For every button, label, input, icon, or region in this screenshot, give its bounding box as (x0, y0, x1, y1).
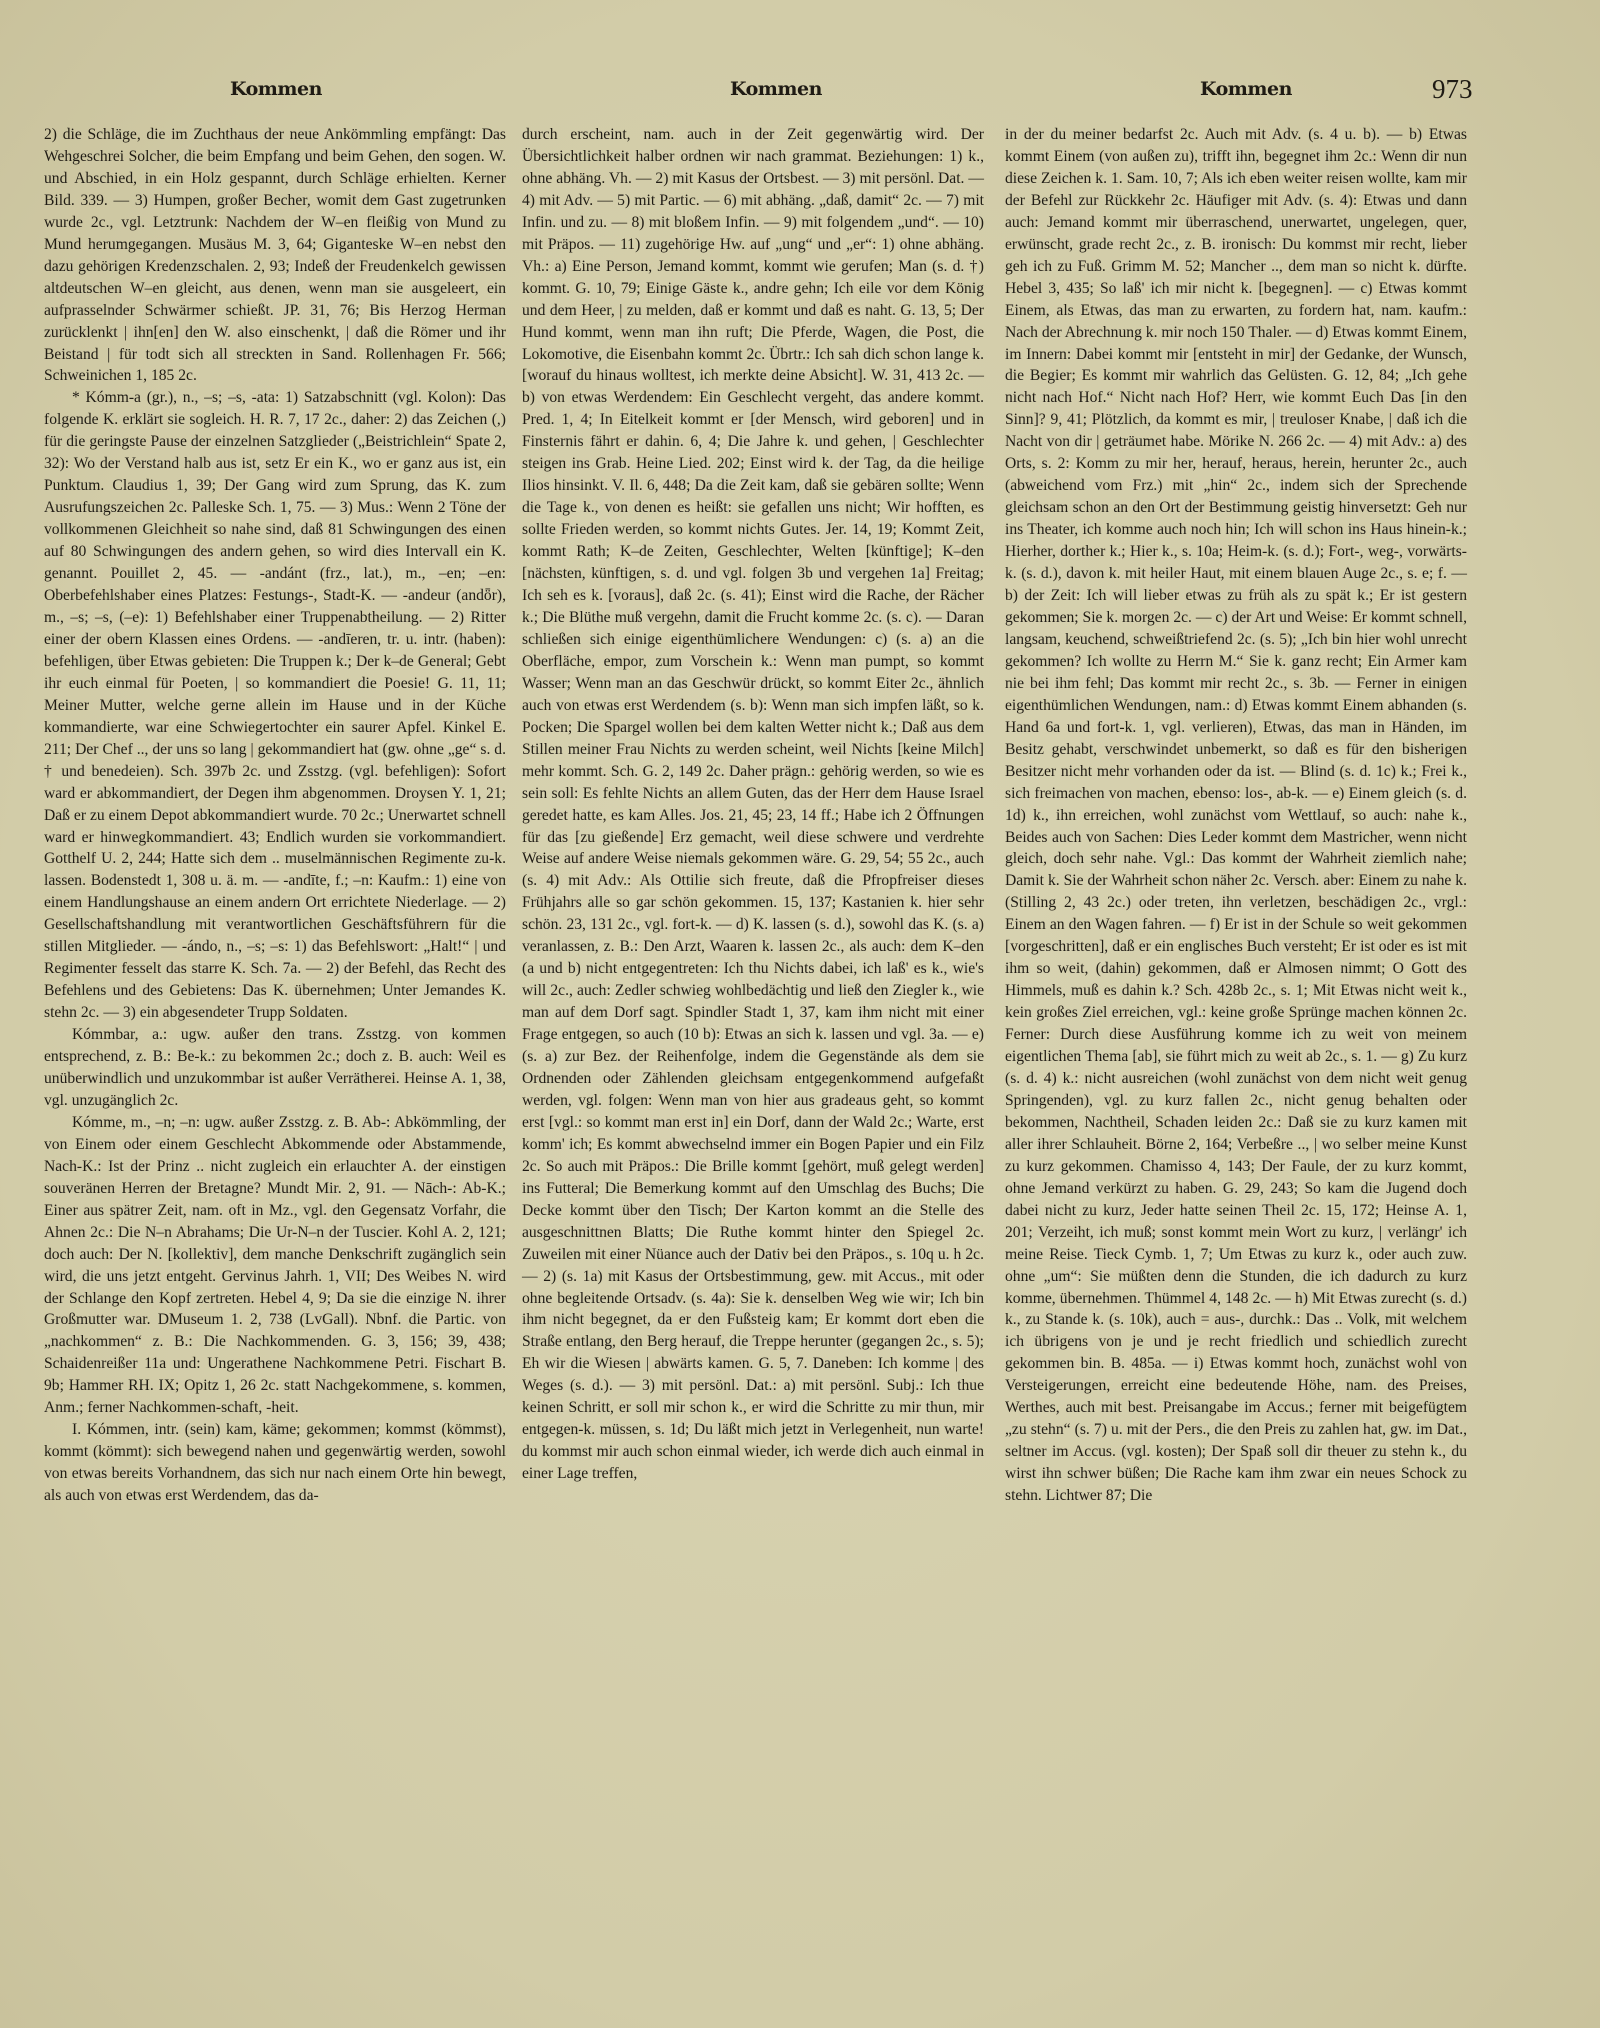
running-head-center: Kommen (730, 78, 822, 100)
dictionary-entry-kommen: I. Kómmen, intr. (sein) kam, käme; gekom… (44, 1419, 506, 1507)
dictionary-page: Kommen Kommen Kommen 973 2) die Schläge,… (0, 0, 1600, 2028)
dictionary-entry-kommbar: Kómmbar, a.: ugw. außer den trans. Zsstz… (44, 1024, 506, 1112)
text-column-3: in der du meiner bedarfst 2c. Auch mit A… (1005, 124, 1467, 1507)
running-head-left: Kommen (230, 78, 322, 100)
dictionary-entry-komma: * Kómm-a (gr.), n., –s; –s, -ata: 1) Sat… (44, 387, 506, 1024)
running-head-right: Kommen (1200, 78, 1292, 100)
text-column-2: durch erscheint, nam. auch in der Zeit g… (522, 124, 984, 1485)
text-column-1: 2) die Schläge, die im Zuchthaus der neu… (44, 124, 506, 1507)
dictionary-entry-komme: Kómme, m., –n; –n: ugw. außer Zsstzg. z.… (44, 1112, 506, 1419)
page-header: Kommen Kommen Kommen 973 (40, 78, 1480, 108)
paragraph: durch erscheint, nam. auch in der Zeit g… (522, 124, 984, 1485)
page-number: 973 (1432, 74, 1473, 105)
paragraph: 2) die Schläge, die im Zuchthaus der neu… (44, 124, 506, 387)
paragraph: in der du meiner bedarfst 2c. Auch mit A… (1005, 124, 1467, 1507)
